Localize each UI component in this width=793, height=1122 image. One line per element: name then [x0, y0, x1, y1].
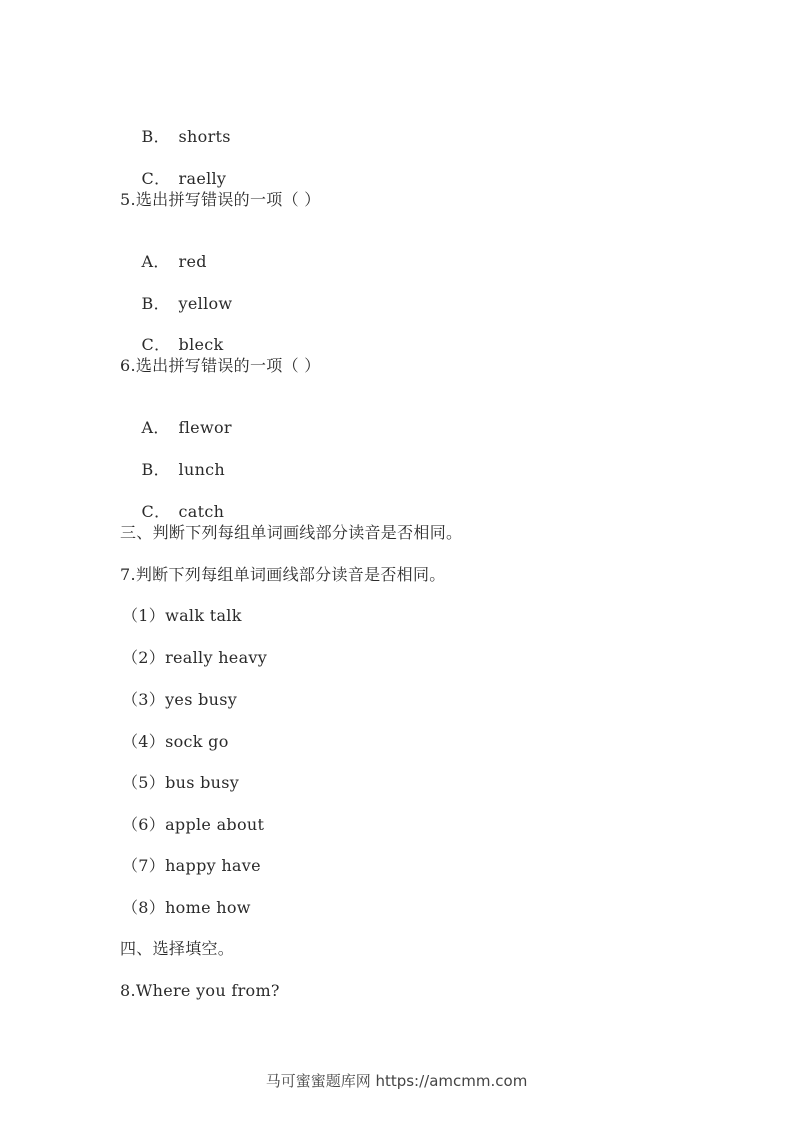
option-text: red [179, 252, 207, 271]
option-letter: B． [142, 127, 179, 147]
option-letter: C． [142, 169, 179, 189]
q7-item-8: （8）home how [122, 898, 251, 918]
option-text: yellow [179, 294, 233, 313]
q7-item-2: （2）really heavy [122, 648, 267, 668]
q7-item-1: （1）walk talk [122, 606, 242, 626]
option-text: flewor [179, 418, 232, 437]
q7-item-6: （6）apple about [122, 815, 264, 835]
option-letter: C． [142, 335, 179, 355]
option-letter: B． [142, 460, 179, 480]
option-text: shorts [179, 127, 231, 146]
option-text: lunch [179, 460, 226, 479]
q8-stem: 8.Where you from? [120, 981, 280, 1001]
option-letter: B． [142, 294, 179, 314]
q7-item-4: （4）sock go [122, 732, 229, 752]
q7-stem: 7.判断下列每组单词画线部分读音是否相同。 [120, 565, 446, 585]
option-letter: A． [142, 418, 179, 438]
footer-watermark: 马可蜜蜜题库网 https://amcmm.com [0, 1070, 793, 1091]
q6-stem: 6.选出拼写错误的一项（ ） [120, 356, 321, 376]
section-4-heading: 四、选择填空。 [120, 939, 234, 959]
option-letter: C． [142, 502, 179, 522]
q7-item-5: （5）bus busy [122, 773, 239, 793]
option-text: bleck [179, 335, 224, 354]
section-3-heading: 三、判断下列每组单词画线部分读音是否相同。 [120, 523, 462, 543]
q7-item-7: （7）happy have [122, 856, 261, 876]
option-letter: A． [142, 252, 179, 272]
q7-item-3: （3）yes busy [122, 690, 237, 710]
q5-stem: 5.选出拼写错误的一项（ ） [120, 190, 321, 210]
option-text: raelly [179, 169, 227, 188]
option-text: catch [179, 502, 225, 521]
